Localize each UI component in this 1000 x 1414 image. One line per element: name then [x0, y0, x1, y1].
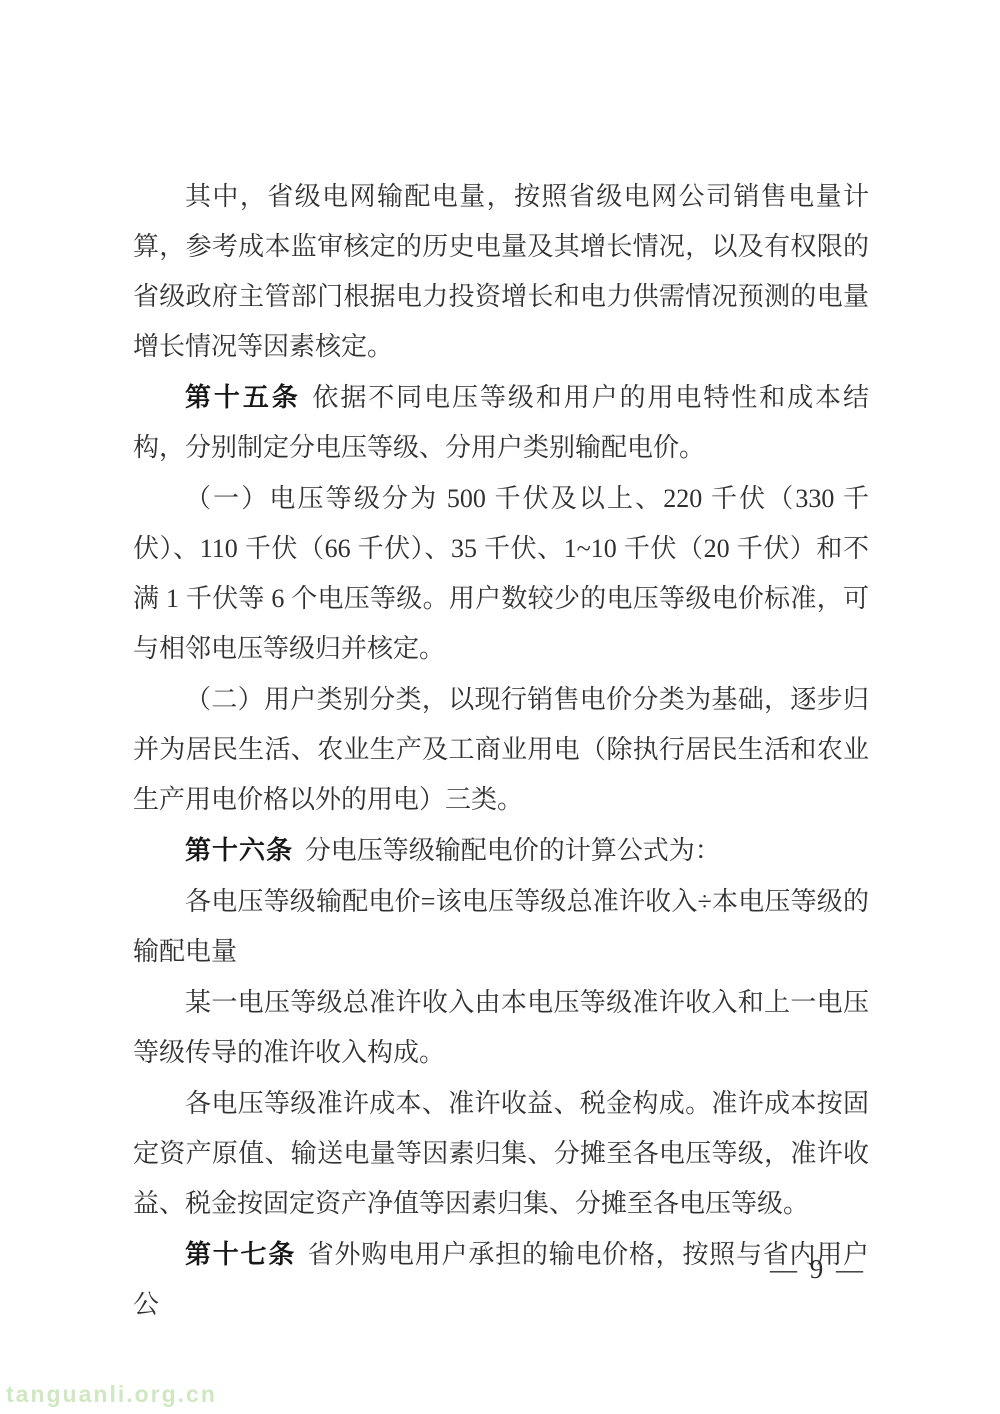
paragraph-text: 各电压等级输配电价=该电压等级总准许收入÷本电压等级的输配电量: [133, 887, 869, 966]
paragraph: 第十五条依据不同电压等级和用户的用电特性和成本结构，分别制定分电压等级、分用户类…: [133, 372, 869, 473]
document-page: 其中，省级电网输配电量，按照省级电网公司销售电量计算，参考成本监审核定的历史电量…: [0, 0, 1000, 1414]
paragraph: 各电压等级输配电价=该电压等级总准许收入÷本电压等级的输配电量: [133, 876, 869, 977]
paragraph: （一）电压等级分为 500 千伏及以上、220 千伏（330 千伏）、110 千…: [133, 473, 869, 674]
paragraph-text: 其中，省级电网输配电量，按照省级电网公司销售电量计算，参考成本监审核定的历史电量…: [133, 182, 869, 361]
watermark: tanguanli.org.cn: [6, 1380, 217, 1408]
paragraph-text: （一）电压等级分为 500 千伏及以上、220 千伏（330 千伏）、110 千…: [133, 484, 869, 663]
document-body: 其中，省级电网输配电量，按照省级电网公司销售电量计算，参考成本监审核定的历史电量…: [133, 171, 869, 1330]
paragraph-text: 各电压等级准许成本、准许收益、税金构成。准许成本按固定资产原值、输送电量等因素归…: [133, 1089, 869, 1218]
paragraph: 其中，省级电网输配电量，按照省级电网公司销售电量计算，参考成本监审核定的历史电量…: [133, 171, 869, 372]
paragraph: 第十七条省外购电用户承担的输电价格，按照与省内用户公: [133, 1229, 869, 1330]
article-number: 第十六条: [185, 835, 293, 865]
page-number: — 9 —: [770, 1252, 866, 1286]
paragraph: 第十六条分电压等级输配电价的计算公式为：: [133, 825, 869, 876]
paragraph: 各电压等级准许成本、准许收益、税金构成。准许成本按固定资产原值、输送电量等因素归…: [133, 1078, 869, 1229]
article-number: 第十五条: [185, 382, 301, 412]
paragraph-text: 分电压等级输配电价的计算公式为：: [305, 836, 721, 865]
paragraph: 某一电压等级总准许收入由本电压等级准许收入和上一电压等级传导的准许收入构成。: [133, 977, 869, 1078]
paragraph-text: （二）用户类别分类，以现行销售电价分类为基础，逐步归并为居民生活、农业生产及工商…: [133, 685, 869, 814]
paragraph-text: 某一电压等级总准许收入由本电压等级准许收入和上一电压等级传导的准许收入构成。: [133, 988, 869, 1067]
article-number: 第十七条: [185, 1239, 296, 1269]
paragraph: （二）用户类别分类，以现行销售电价分类为基础，逐步归并为居民生活、农业生产及工商…: [133, 674, 869, 825]
